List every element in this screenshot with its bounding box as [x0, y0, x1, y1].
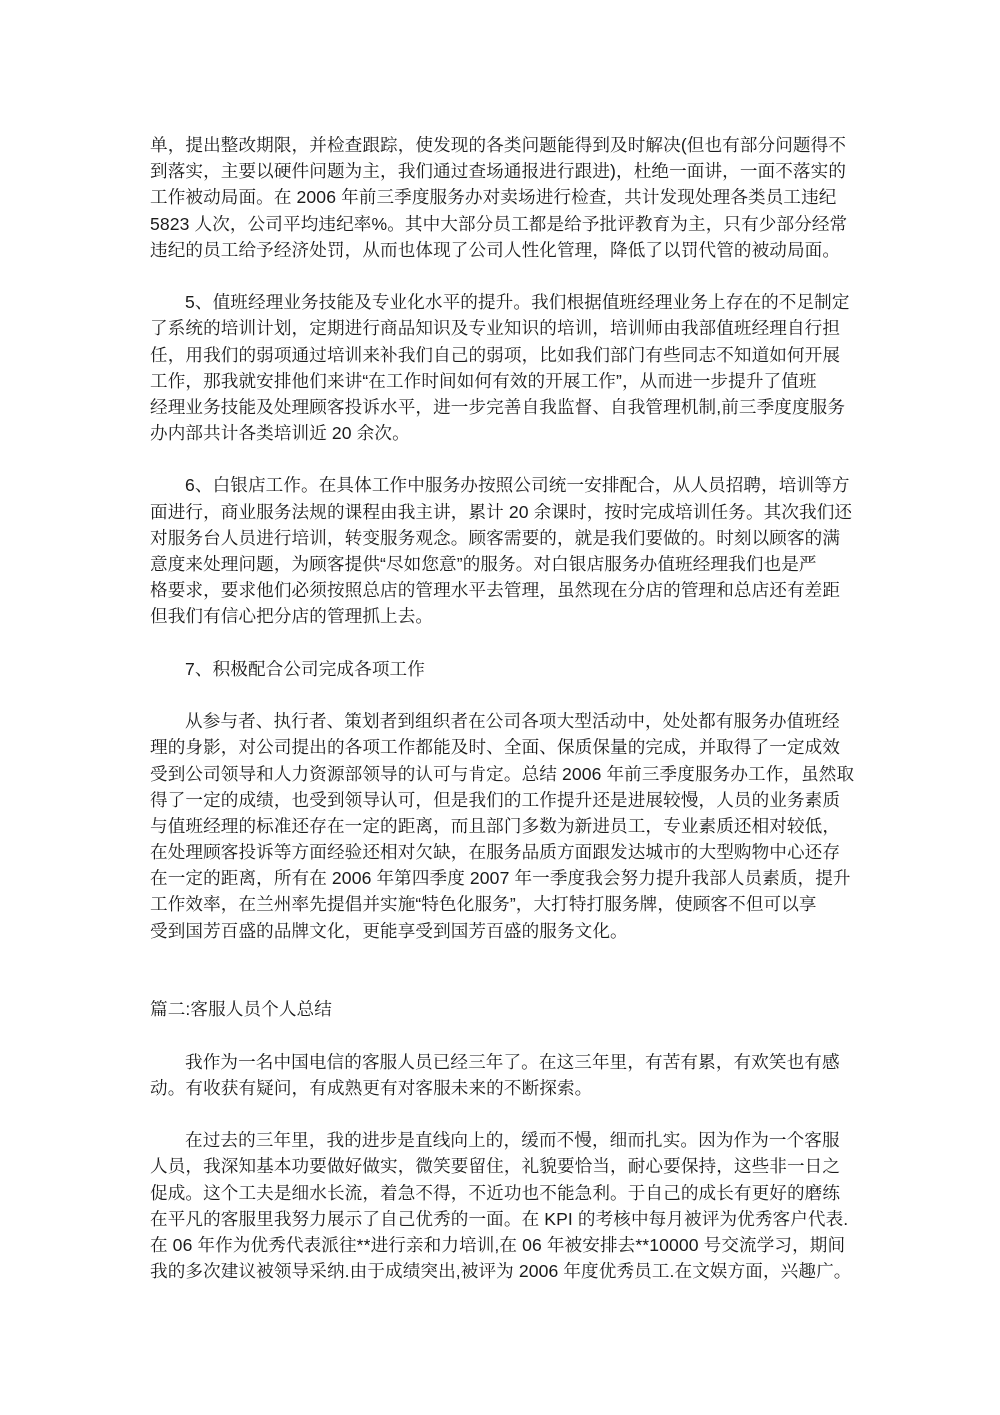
text-line: 人员，我深知基本功要做好做实，微笑要留住，礼貌要恰当，耐心要保持，这些非一日之 — [150, 1153, 862, 1179]
text-line: 了系统的培训计划，定期进行商品知识及专业知识的培训，培训师由我部值班经理自行担 — [150, 315, 862, 341]
text-line: 在平凡的客服里我努力展示了自己优秀的一面。在 KPI 的考核中每月被评为优秀客户… — [150, 1206, 862, 1232]
text-line: 违纪的员工给予经济处罚，从而也体现了公司人性化管理，降低了以罚代管的被动局面。 — [150, 237, 862, 263]
text-line: 对服务台人员进行培训，转变服务观念。顾客需要的，就是我们要做的。时刻以顾客的满 — [150, 525, 862, 551]
text-line: 7、积极配合公司完成各项工作 — [150, 656, 862, 682]
text-line: 面进行，商业服务法规的课程由我主讲，累计 20 余课时，按时完成培训任务。其次我… — [150, 499, 862, 525]
text-line: 任，用我们的弱项通过培训来补我们自己的弱项，比如我们部门有些同志不知道如何开展 — [150, 342, 862, 368]
text-line: 受到公司领导和人力资源部领导的认可与肯定。总结 2006 年前三季度服务办工作，… — [150, 761, 862, 787]
paragraph-block: 单，提出整改期限，并检查跟踪，使发现的各类问题能得到及时解决(但也有部分问题得不… — [150, 132, 862, 263]
paragraph-block: 6、白银店工作。在具体工作中服务办按照公司统一安排配合，从人员招聘，培训等方面进… — [150, 472, 862, 629]
text-line: 我的多次建议被领导采纳.由于成绩突出,被评为 2006 年度优秀员工.在文娱方面… — [150, 1258, 862, 1284]
text-line: 动。有收获有疑问，有成熟更有对客服未来的不断探索。 — [150, 1075, 862, 1101]
text-line: 促成。这个工夫是细水长流，着急不得，不近功也不能急利。于自己的成长有更好的磨练 — [150, 1180, 862, 1206]
text-line: 篇二:客服人员个人总结 — [150, 996, 862, 1022]
text-line: 受到国芳百盛的品牌文化，更能享受到国芳百盛的服务文化。 — [150, 918, 862, 944]
text-line: 5、值班经理业务技能及专业化水平的提升。我们根据值班经理业务上存在的不足制定 — [150, 289, 862, 315]
text-line: 理的身影，对公司提出的各项工作都能及时、全面、保质保量的完成，并取得了一定成效 — [150, 734, 862, 760]
text-line: 在 06 年作为优秀代表派往**进行亲和力培训,在 06 年被安排去**1000… — [150, 1232, 862, 1258]
text-line: 经理业务技能及处理顾客投诉水平，进一步完善自我监督、自我管理机制,前三季度度服务 — [150, 394, 862, 420]
text-line: 我作为一名中国电信的客服人员已经三年了。在这三年里，有苦有累，有欢笑也有感 — [150, 1049, 862, 1075]
text-line: 工作，那我就安排他们来讲“在工作时间如何有效的开展工作”，从而进一步提升了值班 — [150, 368, 862, 394]
text-line: 单，提出整改期限，并检查跟踪，使发现的各类问题能得到及时解决(但也有部分问题得不 — [150, 132, 862, 158]
text-line: 在处理顾客投诉等方面经验还相对欠缺，在服务品质方面跟发达城市的大型购物中心还存 — [150, 839, 862, 865]
text-line: 在过去的三年里，我的进步是直线向上的，缓而不慢，细而扎实。因为作为一个客服 — [150, 1127, 862, 1153]
text-line: 6、白银店工作。在具体工作中服务办按照公司统一安排配合，从人员招聘，培训等方 — [150, 472, 862, 498]
text-line: 办内部共计各类培训近 20 余次。 — [150, 420, 862, 446]
text-line: 工作效率，在兰州率先提倡并实施“特色化服务”，大打特打服务牌，使顾客不但可以享 — [150, 891, 862, 917]
document-body: 单，提出整改期限，并检查跟踪，使发现的各类问题能得到及时解决(但也有部分问题得不… — [150, 132, 862, 1284]
text-line: 但我们有信心把分店的管理抓上去。 — [150, 603, 862, 629]
document-page: 单，提出整改期限，并检查跟踪，使发现的各类问题能得到及时解决(但也有部分问题得不… — [0, 0, 1000, 1415]
paragraph-block: 5、值班经理业务技能及专业化水平的提升。我们根据值班经理业务上存在的不足制定了系… — [150, 289, 862, 446]
text-line: 意度来处理问题，为顾客提供“尽如您意”的服务。对白银店服务办值班经理我们也是严 — [150, 551, 862, 577]
text-line: 格要求，要求他们必须按照总店的管理水平去管理，虽然现在分店的管理和总店还有差距 — [150, 577, 862, 603]
paragraph-block: 我作为一名中国电信的客服人员已经三年了。在这三年里，有苦有累，有欢笑也有感动。有… — [150, 1049, 862, 1101]
text-line: 5823 人次，公司平均违纪率%。其中大部分员工都是给予批评教育为主，只有少部分… — [150, 211, 862, 237]
paragraph-block: 在过去的三年里，我的进步是直线向上的，缓而不慢，细而扎实。因为作为一个客服人员，… — [150, 1127, 862, 1284]
heading-block: 篇二:客服人员个人总结 — [150, 996, 862, 1022]
text-line: 在一定的距离，所有在 2006 年第四季度 2007 年一季度我会努力提升我部人… — [150, 865, 862, 891]
text-line: 从参与者、执行者、策划者到组织者在公司各项大型活动中，处处都有服务办值班经 — [150, 708, 862, 734]
paragraph-block: 从参与者、执行者、策划者到组织者在公司各项大型活动中，处处都有服务办值班经理的身… — [150, 708, 862, 944]
heading-block: 7、积极配合公司完成各项工作 — [150, 656, 862, 682]
text-line: 得了一定的成绩，也受到领导认可，但是我们的工作提升还是进展较慢，人员的业务素质 — [150, 787, 862, 813]
text-line: 工作被动局面。在 2006 年前三季度服务办对卖场进行检查，共计发现处理各类员工… — [150, 184, 862, 210]
text-line: 到落实，主要以硬件问题为主，我们通过查场通报进行跟进)，杜绝一面讲，一面不落实的 — [150, 158, 862, 184]
text-line: 与值班经理的标准还存在一定的距离，而且部门多数为新进员工，专业素质还相对较低， — [150, 813, 862, 839]
